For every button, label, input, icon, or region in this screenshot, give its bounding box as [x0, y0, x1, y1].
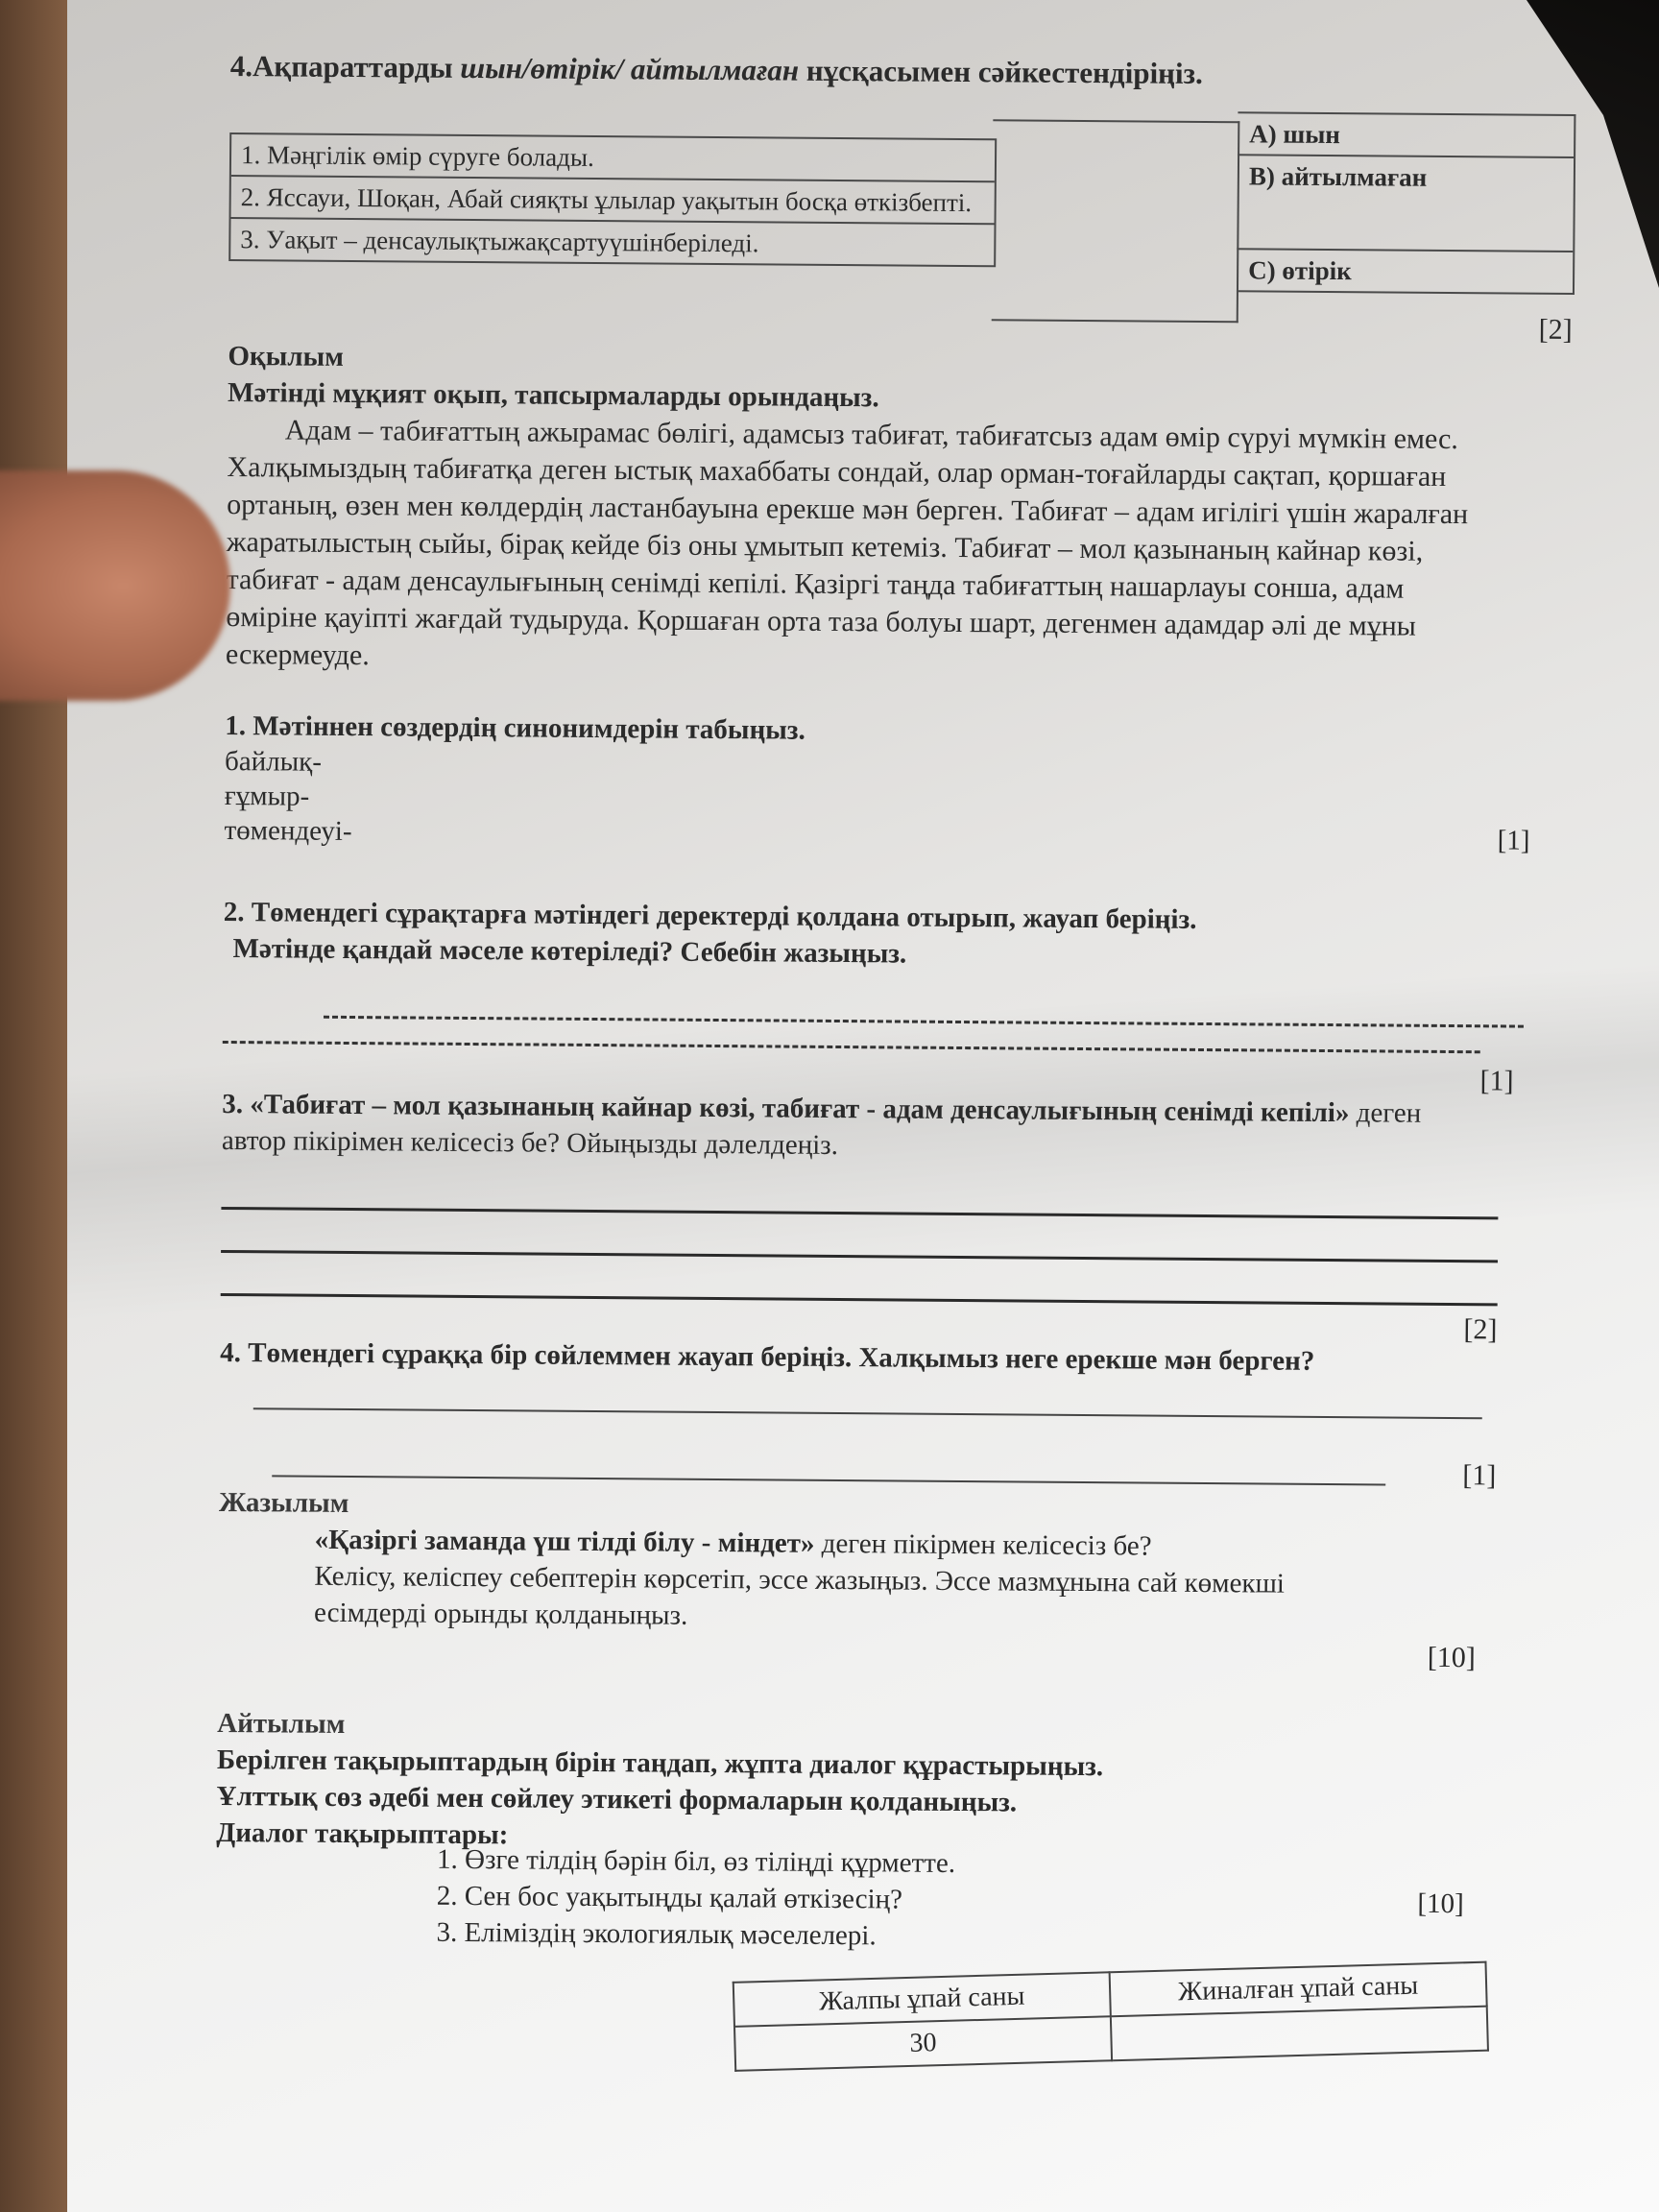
task4-title: 4.Ақпараттарды шын/өтірік/ айтылмаған нұ… — [230, 48, 1575, 95]
matching-table: 1. Мәңгілік өмір сүруге болады. 2. Яссау… — [228, 113, 1565, 325]
statement-row: 1. Мәңгілік өмір сүруге болады. — [231, 134, 995, 180]
answer-line[interactable] — [253, 1406, 1482, 1419]
score-table: Жалпы ұпай саны Жиналған ұпай саны 30 — [733, 1961, 1489, 2072]
score-collected-value[interactable] — [1111, 2007, 1488, 2061]
speaking-score: [10] — [1417, 1886, 1464, 1922]
synonym-word: төмендеуі- — [224, 813, 351, 849]
option-b: B) айтылмаған — [1237, 154, 1574, 251]
worksheet: 4.Ақпараттарды шын/өтірік/ айтылмаған нұ… — [215, 38, 1575, 2065]
q3-title: 3. «Табиғат – мол қазынаның кайнар көзі,… — [222, 1086, 1442, 1168]
reading-paragraph: Адам – табиғаттың ажырамас бөлігі, адамс… — [226, 411, 1476, 683]
answer-line[interactable] — [324, 1014, 1524, 1028]
q4-score: [1] — [1385, 1456, 1496, 1494]
statement-row: 3. Уақыт – денсаулықтыжақсартуүшінберіле… — [230, 217, 994, 265]
options-column: A) шын B) айтылмаған C) өтірік — [1237, 111, 1575, 295]
option-a: A) шын — [1238, 113, 1574, 156]
topic-item: 2. Сен бос уақытыңды қалай өткізесің? — [216, 1876, 902, 1918]
statement-row: 2. Яссауи, Шоқан, Абай сияқты ұлылар уақ… — [231, 175, 995, 223]
answer-line[interactable] — [221, 1205, 1498, 1219]
statements-column: 1. Мәңгілік өмір сүруге болады. 2. Яссау… — [228, 132, 997, 267]
thumb — [0, 470, 230, 701]
answer-line[interactable] — [272, 1473, 1385, 1485]
score-total-value: 30 — [734, 2016, 1112, 2071]
answer-column[interactable] — [992, 119, 1240, 323]
answer-line[interactable] — [221, 1291, 1498, 1306]
answer-line[interactable] — [223, 1039, 1480, 1053]
option-c: C) өтірік — [1237, 248, 1573, 293]
answer-line[interactable] — [221, 1248, 1498, 1262]
q1-score: [1] — [1498, 823, 1530, 857]
